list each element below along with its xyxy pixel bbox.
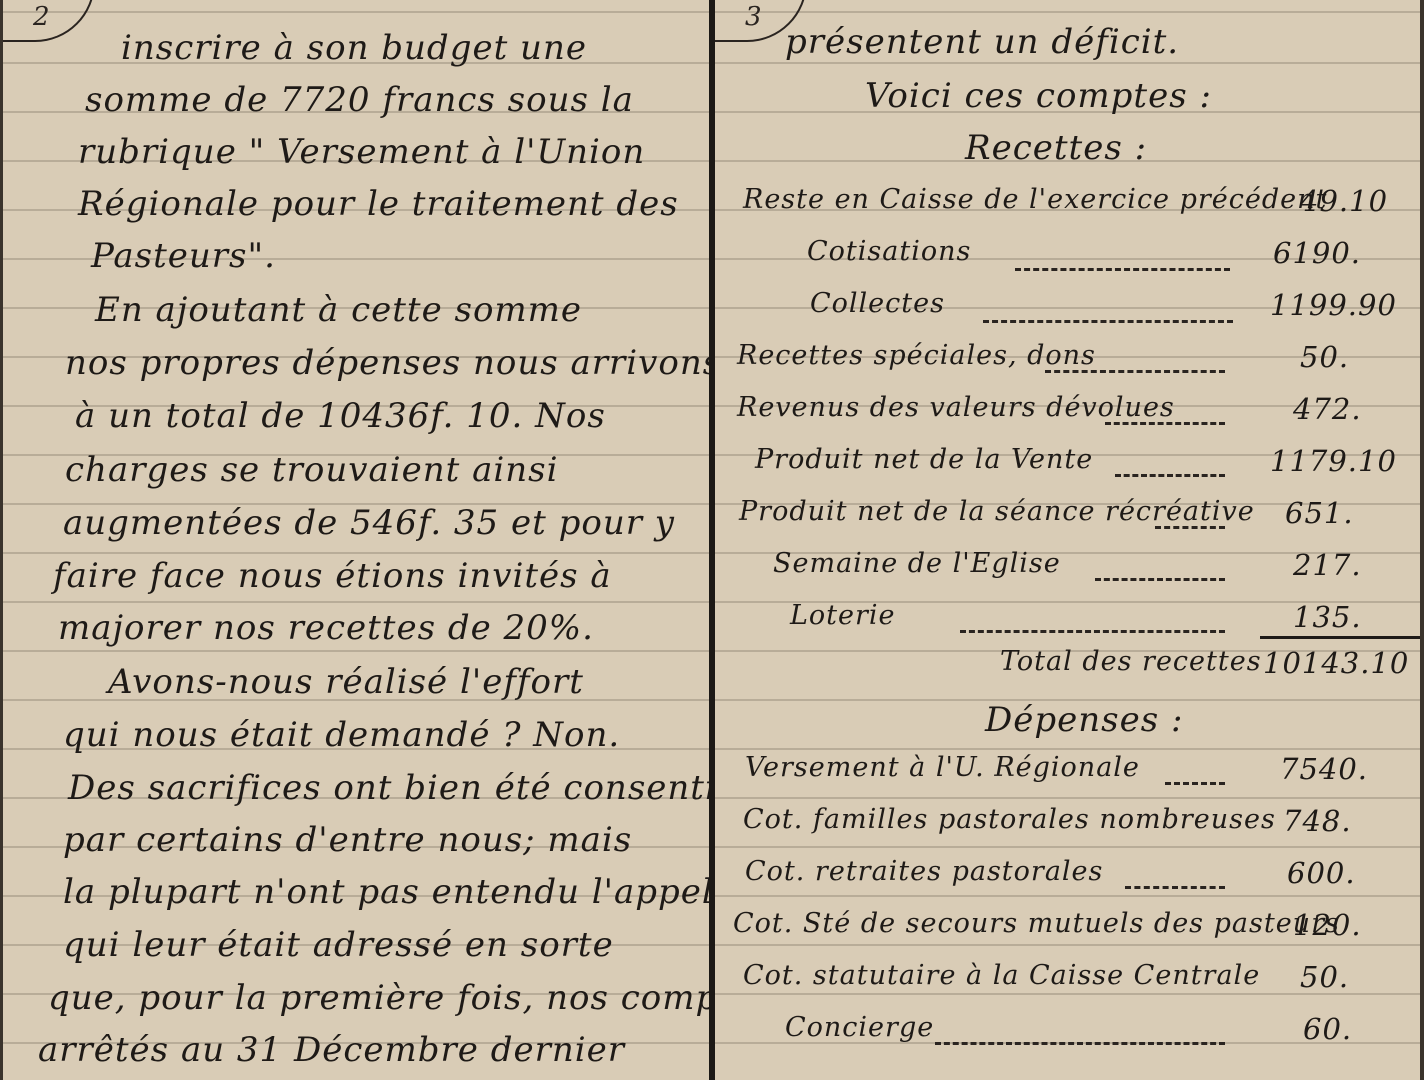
depenses-heading: Dépenses : [985, 700, 1183, 740]
recette-row: Reste en Caisse de l'exercice précédent … [715, 184, 1420, 224]
page-number: 2 [33, 2, 50, 32]
leader-dashes [935, 1040, 1225, 1045]
recettes-heading: Recettes : [965, 128, 1147, 168]
text-line: présentent un déficit. [785, 22, 1179, 62]
recette-label: Recettes spéciales, dons [737, 340, 1096, 371]
recette-label: Semaine de l'Eglise [773, 548, 1061, 579]
depense-amount: 60. [1303, 1012, 1352, 1046]
recette-row: Semaine de l'Eglise 217. [715, 548, 1420, 588]
text-line: Pasteurs". [91, 236, 276, 276]
text-line: faire face nous étions invités à [53, 556, 612, 596]
text-line: qui nous était demandé ? Non. [63, 715, 620, 755]
depense-row: Cot. statutaire à la Caisse Centrale 50. [715, 960, 1420, 1000]
leader-dashes [1095, 576, 1225, 581]
recette-row: Produit net de la séance récréative 651. [715, 496, 1420, 536]
depense-label: Cot. retraites pastorales [745, 856, 1103, 887]
recette-row: Cotisations 6190. [715, 236, 1420, 276]
leader-dashes [983, 318, 1233, 323]
depense-row: Cot. Sté de secours mutuels des pasteurs… [715, 908, 1420, 948]
depense-label: Concierge [785, 1012, 934, 1043]
left-page: 2 inscrire à son budget une somme de 772… [0, 0, 709, 1080]
leader-dashes [1115, 472, 1225, 477]
leader-dashes [1015, 266, 1230, 271]
recette-label: Reste en Caisse de l'exercice précédent [743, 184, 1327, 215]
recette-amount: 217. [1293, 548, 1362, 582]
text-line: majorer nos recettes de 20%. [58, 608, 594, 648]
recette-row: Produit net de la Vente 1179.10 [715, 444, 1420, 484]
recette-label: Collectes [810, 288, 945, 319]
total-label: Total des recettes [1000, 646, 1262, 677]
text-line: charges se trouvaient ainsi [65, 450, 558, 490]
recette-amount: 651. [1285, 496, 1354, 530]
depense-row: Cot. familles pastorales nombreuses 748. [715, 804, 1420, 844]
depense-label: Versement à l'U. Régionale [745, 752, 1140, 783]
text-line: à un total de 10436f. 10. Nos [75, 396, 606, 436]
leader-dashes [1105, 420, 1225, 425]
text-line: En ajoutant à cette somme [95, 290, 582, 330]
recette-row: Collectes 1199.90 [715, 288, 1420, 328]
text-line: somme de 7720 francs sous la [85, 80, 634, 120]
recette-row: Revenus des valeurs dévolues 472. [715, 392, 1420, 432]
text-line: Avons-nous réalisé l'effort [108, 662, 584, 702]
depense-amount: 120. [1293, 908, 1362, 942]
depense-row: Concierge 60. [715, 1012, 1420, 1052]
recette-amount: 1179.10 [1270, 444, 1397, 478]
text-line: rubrique " Versement à l'Union [78, 132, 645, 172]
depense-row: Cot. retraites pastorales 600. [715, 856, 1420, 896]
recette-label: Cotisations [807, 236, 971, 267]
recette-row: Loterie 135. [715, 600, 1420, 640]
depense-amount: 600. [1287, 856, 1356, 890]
recette-amount: 135. [1293, 600, 1362, 634]
text-line: que, pour la première fois, nos comptes [48, 978, 709, 1018]
recette-amount: 6190. [1273, 236, 1361, 270]
recette-label: Revenus des valeurs dévolues [737, 392, 1175, 423]
depense-amount: 748. [1283, 804, 1352, 838]
page-number: 3 [745, 2, 762, 32]
depense-label: Cot. Sté de secours mutuels des pasteurs [733, 908, 1340, 939]
text-line: Voici ces comptes : [865, 76, 1212, 116]
recette-row: Recettes spéciales, dons 50. [715, 340, 1420, 380]
recette-amount: 50. [1300, 340, 1349, 374]
leader-dashes [1045, 368, 1225, 373]
depense-amount: 50. [1300, 960, 1349, 994]
leader-dashes [1155, 524, 1225, 529]
text-line: nos propres dépenses nous arrivons [65, 343, 709, 383]
text-line: par certains d'entre nous; mais [63, 820, 632, 860]
recette-amount: 49.10 [1300, 184, 1388, 218]
recette-amount: 472. [1293, 392, 1362, 426]
right-page: 3 présentent un déficit. Voici ces compt… [715, 0, 1424, 1080]
leader-dashes [960, 628, 1225, 633]
depense-row: Versement à l'U. Régionale 7540. [715, 752, 1420, 792]
recette-label: Produit net de la Vente [755, 444, 1093, 475]
depense-label: Cot. familles pastorales nombreuses [743, 804, 1276, 835]
text-line: arrêtés au 31 Décembre dernier [38, 1030, 625, 1070]
leader-dashes [1125, 884, 1225, 889]
total-rule [1260, 636, 1420, 639]
depense-amount: 7540. [1280, 752, 1368, 786]
text-line: Régionale pour le traitement des [78, 184, 679, 224]
recettes-total-row: Total des recettes 10143.10 [715, 646, 1420, 686]
text-line: Des sacrifices ont bien été consentis [68, 768, 709, 808]
recette-amount: 1199.90 [1270, 288, 1397, 322]
total-amount: 10143.10 [1263, 646, 1409, 680]
text-line: qui leur était adressé en sorte [63, 925, 614, 965]
text-line: la plupart n'ont pas entendu l'appel [63, 872, 709, 912]
text-line: inscrire à son budget une [121, 28, 587, 68]
recette-label: Loterie [790, 600, 896, 631]
leader-dashes [1165, 780, 1225, 785]
text-line: augmentées de 546f. 35 et pour y [63, 503, 675, 543]
depense-label: Cot. statutaire à la Caisse Centrale [743, 960, 1260, 991]
recette-label: Produit net de la séance récréative [739, 496, 1255, 527]
